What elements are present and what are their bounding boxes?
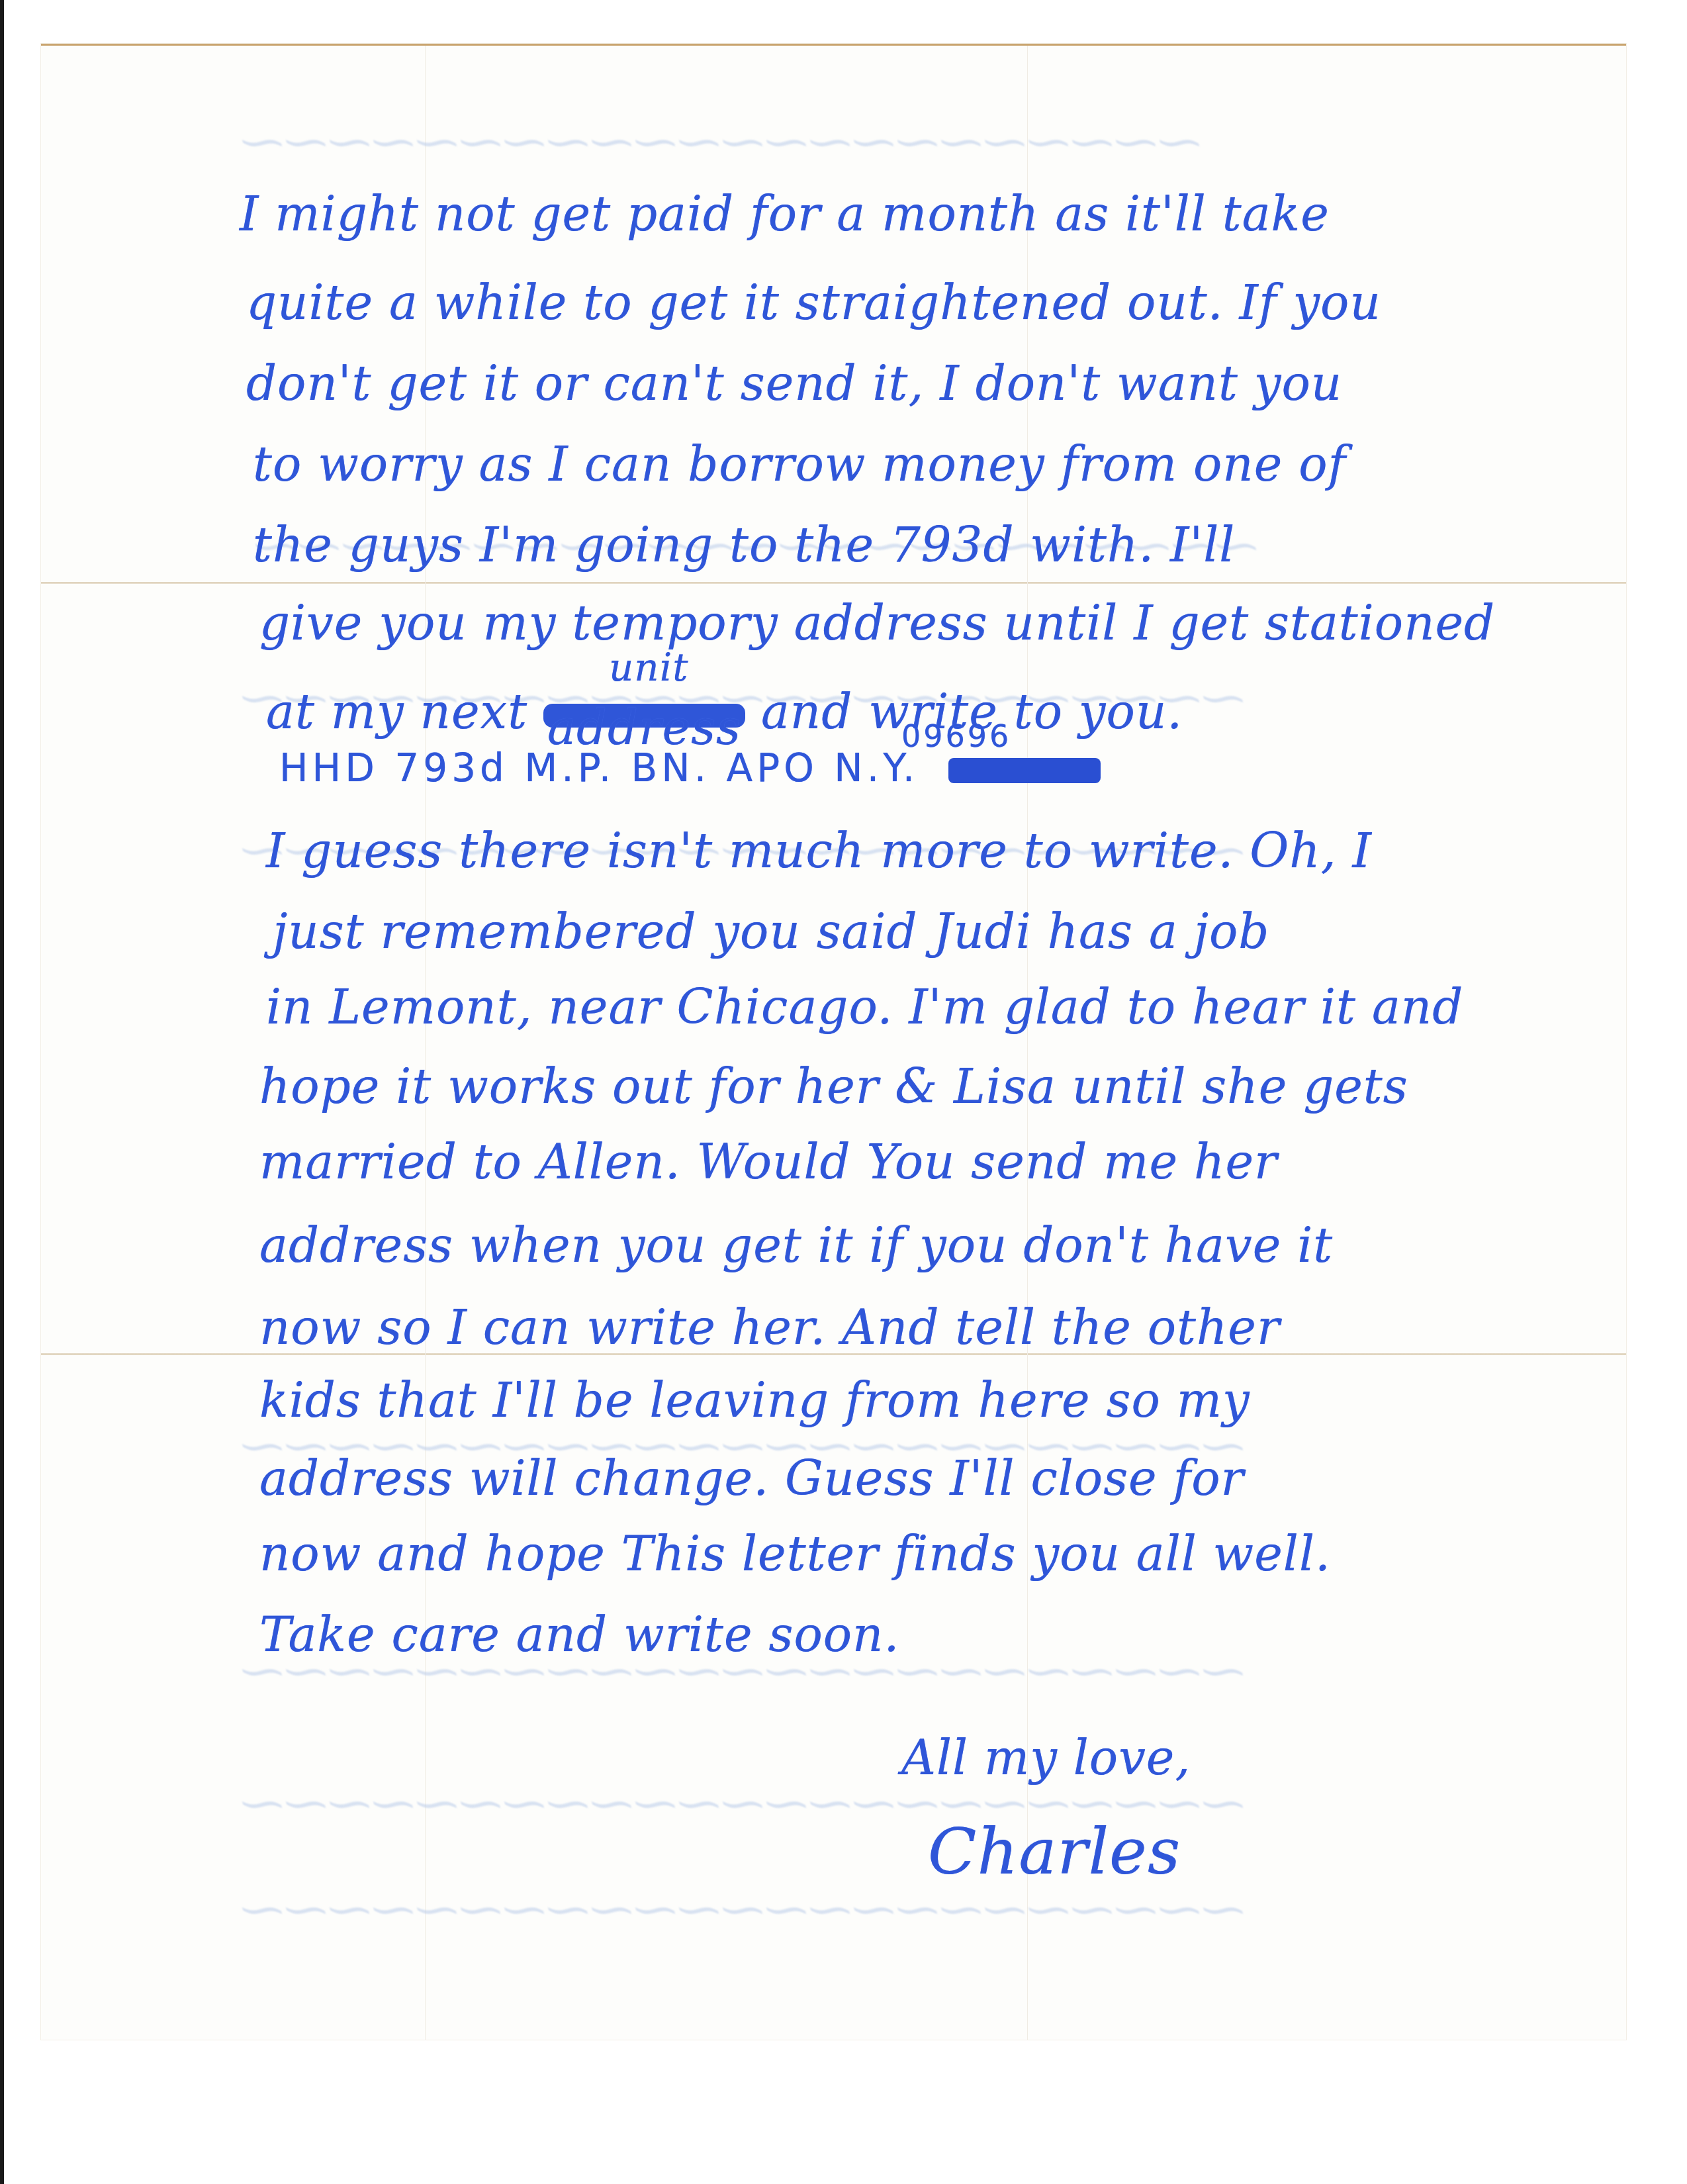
letter-line: hope it works out for her & Lisa until s…: [259, 1063, 1408, 1110]
military-address: HHD 793d M.P. BN. APO N.Y.: [279, 749, 1101, 787]
letter-line: the guys I'm going to the 793d with. I'l…: [253, 521, 1235, 569]
insertion-word: unit: [609, 648, 689, 687]
bleed-through: ⁓⁓⁓⁓⁓⁓⁓⁓⁓⁓⁓⁓⁓⁓⁓⁓⁓⁓⁓⁓⁓⁓⁓: [234, 1886, 1250, 1935]
obscured-zip: [948, 758, 1101, 783]
letter-line-with-correction: at my next address and write to you.: [266, 688, 1183, 736]
letter-line: now and hope This letter finds you all w…: [259, 1530, 1331, 1578]
letter-line: in Lemont, near Chicago. I'm glad to hea…: [266, 983, 1463, 1031]
signature: Charles: [928, 1820, 1181, 1883]
letter-line: quite a while to get it straightened out…: [246, 279, 1381, 326]
letter-line: married to Allen. Would You send me her: [259, 1138, 1277, 1186]
letter-line: just remembered you said Judi has a job: [273, 908, 1269, 955]
letter-line: Take care and write soon.: [259, 1611, 899, 1658]
fold-crease: [425, 46, 426, 2040]
struck-word: address: [543, 704, 745, 728]
scanner-edge: [0, 0, 4, 2184]
letter-line: to worry as I can borrow money from one …: [253, 440, 1346, 488]
letter-line: I might not get paid for a month as it'l…: [240, 190, 1330, 238]
fold-crease: [41, 582, 1626, 584]
address-text: HHD 793d M.P. BN. APO N.Y.: [279, 745, 919, 790]
letter-line: address when you get it if you don't hav…: [259, 1221, 1333, 1269]
closing: All my love,: [901, 1734, 1191, 1781]
letter-line: give you my tempory address until I get …: [259, 599, 1495, 647]
letter-page: ⁓⁓⁓⁓⁓⁓⁓⁓⁓⁓⁓⁓⁓⁓⁓⁓⁓⁓⁓⁓⁓⁓ ⁓⁓⁓⁓⁓⁓⁓⁓⁓⁓⁓⁓⁓⁓⁓⁓⁓…: [41, 44, 1626, 2040]
letter-line: address will change. Guess I'll close fo…: [259, 1454, 1244, 1502]
bleed-through: ⁓⁓⁓⁓⁓⁓⁓⁓⁓⁓⁓⁓⁓⁓⁓⁓⁓⁓⁓⁓⁓⁓: [234, 119, 1206, 167]
letter-line: kids that I'll be leaving from here so m…: [259, 1376, 1250, 1424]
letter-text: at my next: [266, 684, 527, 739]
letter-line: don't get it or can't send it, I don't w…: [246, 359, 1342, 407]
letter-line: I guess there isn't much more to write. …: [266, 827, 1372, 875]
letter-line: now so I can write her. And tell the oth…: [259, 1304, 1280, 1351]
